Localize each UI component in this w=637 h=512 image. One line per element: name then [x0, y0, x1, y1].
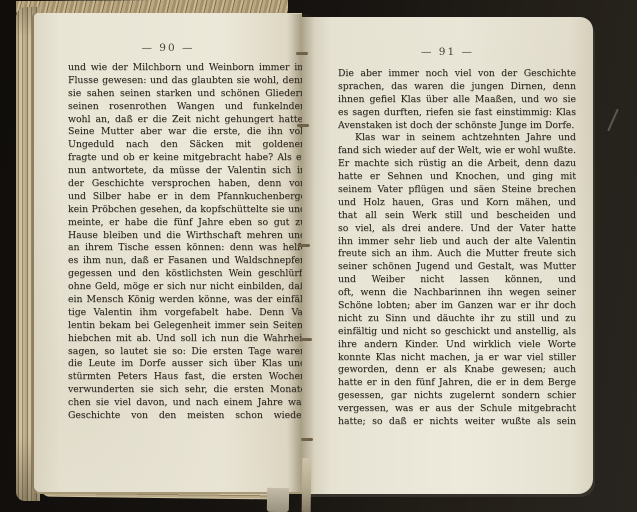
text-line: hatte er Sehnen und Knochen, und ging mi…: [338, 171, 576, 184]
text-line: fragte und ob er keine mitgebracht habe?…: [68, 152, 306, 165]
text-line: so viel, als drei andere. Und der Vater …: [338, 223, 576, 236]
text-line: gesessen, gar nichts zugelernt sondern s…: [338, 390, 576, 403]
text-line: ein Mensch König werden könne, was der e…: [68, 294, 306, 307]
text-line: freute sich an ihm. Auch die Mutter freu…: [338, 248, 576, 261]
text-line: seinem Vater pflügen und säen Steine bre…: [338, 184, 576, 197]
book-scan: — 90 — und wie der Milchborn und Weinbor…: [0, 0, 637, 512]
right-page-text: Die aber immer noch viel von der Geschic…: [338, 68, 576, 429]
text-line: wohl an, daß er die Zeit nicht gehungert…: [68, 114, 306, 127]
text-line: Ungeduld nach den Säcken mit goldenen Du…: [68, 139, 306, 152]
text-line: oft, wenn die Nachbarinnen ihn wegen sei…: [338, 287, 576, 300]
text-line: konnte Klas nicht machen, ja er war viel…: [338, 352, 576, 365]
text-line: nun antwortete, da müsse der Valentin si…: [68, 165, 306, 178]
sewing-thread-icon: [296, 52, 308, 55]
text-line: hatte er in den fünf Jahren, die er in d…: [338, 377, 576, 390]
text-line: Klas war in seinem achtzehnten Jahre und: [338, 132, 576, 145]
text-line: Geschichte von den meisten schon wieder …: [68, 410, 306, 423]
text-line: vergessen, was er aus der Schule mitgebr…: [338, 403, 576, 416]
background-scratch: [607, 109, 619, 132]
left-page: — 90 — und wie der Milchborn und Weinbor…: [34, 13, 302, 492]
text-line: Schöne lobten; aber im Ganzen war er ihr…: [338, 300, 576, 313]
text-line: sagen, so lautet sie so: Die ersten Tage…: [68, 346, 306, 359]
text-line: chen sie viel davon, und nach einem Jahr…: [68, 397, 306, 410]
text-line: stürmten Peters Haus fast, die ersten Wo…: [68, 371, 306, 384]
text-line: Avenstaken ist doch der schönste Junge i…: [338, 120, 576, 133]
text-line: sie sahen seinen starken und schönen Gli…: [68, 88, 306, 101]
sewing-thread-icon: [300, 338, 312, 341]
text-line: hiebchen mit ab. Und soll ich nun die Wa…: [68, 333, 306, 346]
text-line: kein Pröbchen gesehen, da kopfschüttelte…: [68, 204, 306, 217]
text-line: Seine Mutter aber war die erste, die ihn…: [68, 126, 306, 139]
sewing-thread-icon: [297, 124, 309, 127]
sewing-thread-icon: [301, 438, 313, 441]
text-line: und wie der Milchborn und Weinborn immer…: [68, 62, 306, 75]
left-page-text: und wie der Milchborn und Weinborn immer…: [68, 62, 306, 423]
gutter-shadow: [287, 14, 315, 492]
text-line: an ihrem Tische essen können: denn was h…: [68, 242, 306, 255]
sewing-thread-icon: [298, 244, 310, 247]
text-line: tige Valentin ihm vorgefabelt habe. Denn…: [68, 307, 306, 320]
text-line: gegessen und den köstlichsten Wein gesch…: [68, 268, 306, 281]
text-line: Die aber immer noch viel von der Geschic…: [338, 68, 576, 81]
page-number-left: — 90 —: [34, 42, 302, 54]
binding-ribbon: [302, 458, 312, 512]
text-line: und Weiber nicht lassen können, und schm…: [338, 274, 576, 287]
text-line: meinte, er habe die fünf Jahre eben so g…: [68, 217, 306, 230]
text-line: seiner schönen Jugend und Gestalt, was M…: [338, 261, 576, 274]
right-page: — 91 — Die aber immer noch viel von der …: [302, 17, 593, 494]
text-line: geworden, denn er als Knabe gewesen; auc…: [338, 364, 576, 377]
text-line: es sagen durften, riefen sie fast einsti…: [338, 107, 576, 120]
text-line: die Leute im Dorfe ausser sich über Klas…: [68, 358, 306, 371]
text-line: der Geschichte versprochen haben, denn v…: [68, 178, 306, 191]
text-line: Hause bleiben und die Wirthschaft mehren…: [68, 230, 306, 243]
text-line: lentin bekam bei Gelegenheit immer sein …: [68, 320, 306, 333]
text-line: ohne Geld, möge er sich nur nicht einbil…: [68, 281, 306, 294]
text-line: verwunderten sie sich sehr, die ersten M…: [68, 384, 306, 397]
text-line: fand sich wieder auf der Welt, wie er wo…: [338, 145, 576, 158]
text-line: ihre andern Kinder. Und wirklich viele W…: [338, 339, 576, 352]
page-number-right: — 91 —: [302, 46, 593, 58]
binding-ribbon-left: [267, 488, 289, 512]
text-line: ihn immer sehr lieb und auch der alte Va…: [338, 236, 576, 249]
text-line: Er machte sich rüstig an die Arbeit, den…: [338, 158, 576, 171]
text-line: einfältig und nicht so geschickt und ans…: [338, 326, 576, 339]
text-line: Flusse gewesen: und das glaubten sie woh…: [68, 75, 306, 88]
text-line: hatte; so daß er nichts weiter wußte als…: [338, 416, 576, 429]
text-line: that all sein Werk still und bescheiden …: [338, 210, 576, 223]
text-line: ihnen gefiel Klas über alle Maaßen, und …: [338, 94, 576, 107]
text-line: es ihm nun, daß er Fasanen und Waldschne…: [68, 255, 306, 268]
text-line: und Holz hauen, Gras und Korn mähen, und: [338, 197, 576, 210]
text-line: seinen rosenrothen Wangen und funkelnden…: [68, 101, 306, 114]
text-line: nicht zu Sinn und däuchte ihr zu still u…: [338, 313, 576, 326]
text-line: und Silber habe er in dem Pfannkuchenber…: [68, 191, 306, 204]
text-line: sprachen, das waren die jungen Dirnen, d…: [338, 81, 576, 94]
